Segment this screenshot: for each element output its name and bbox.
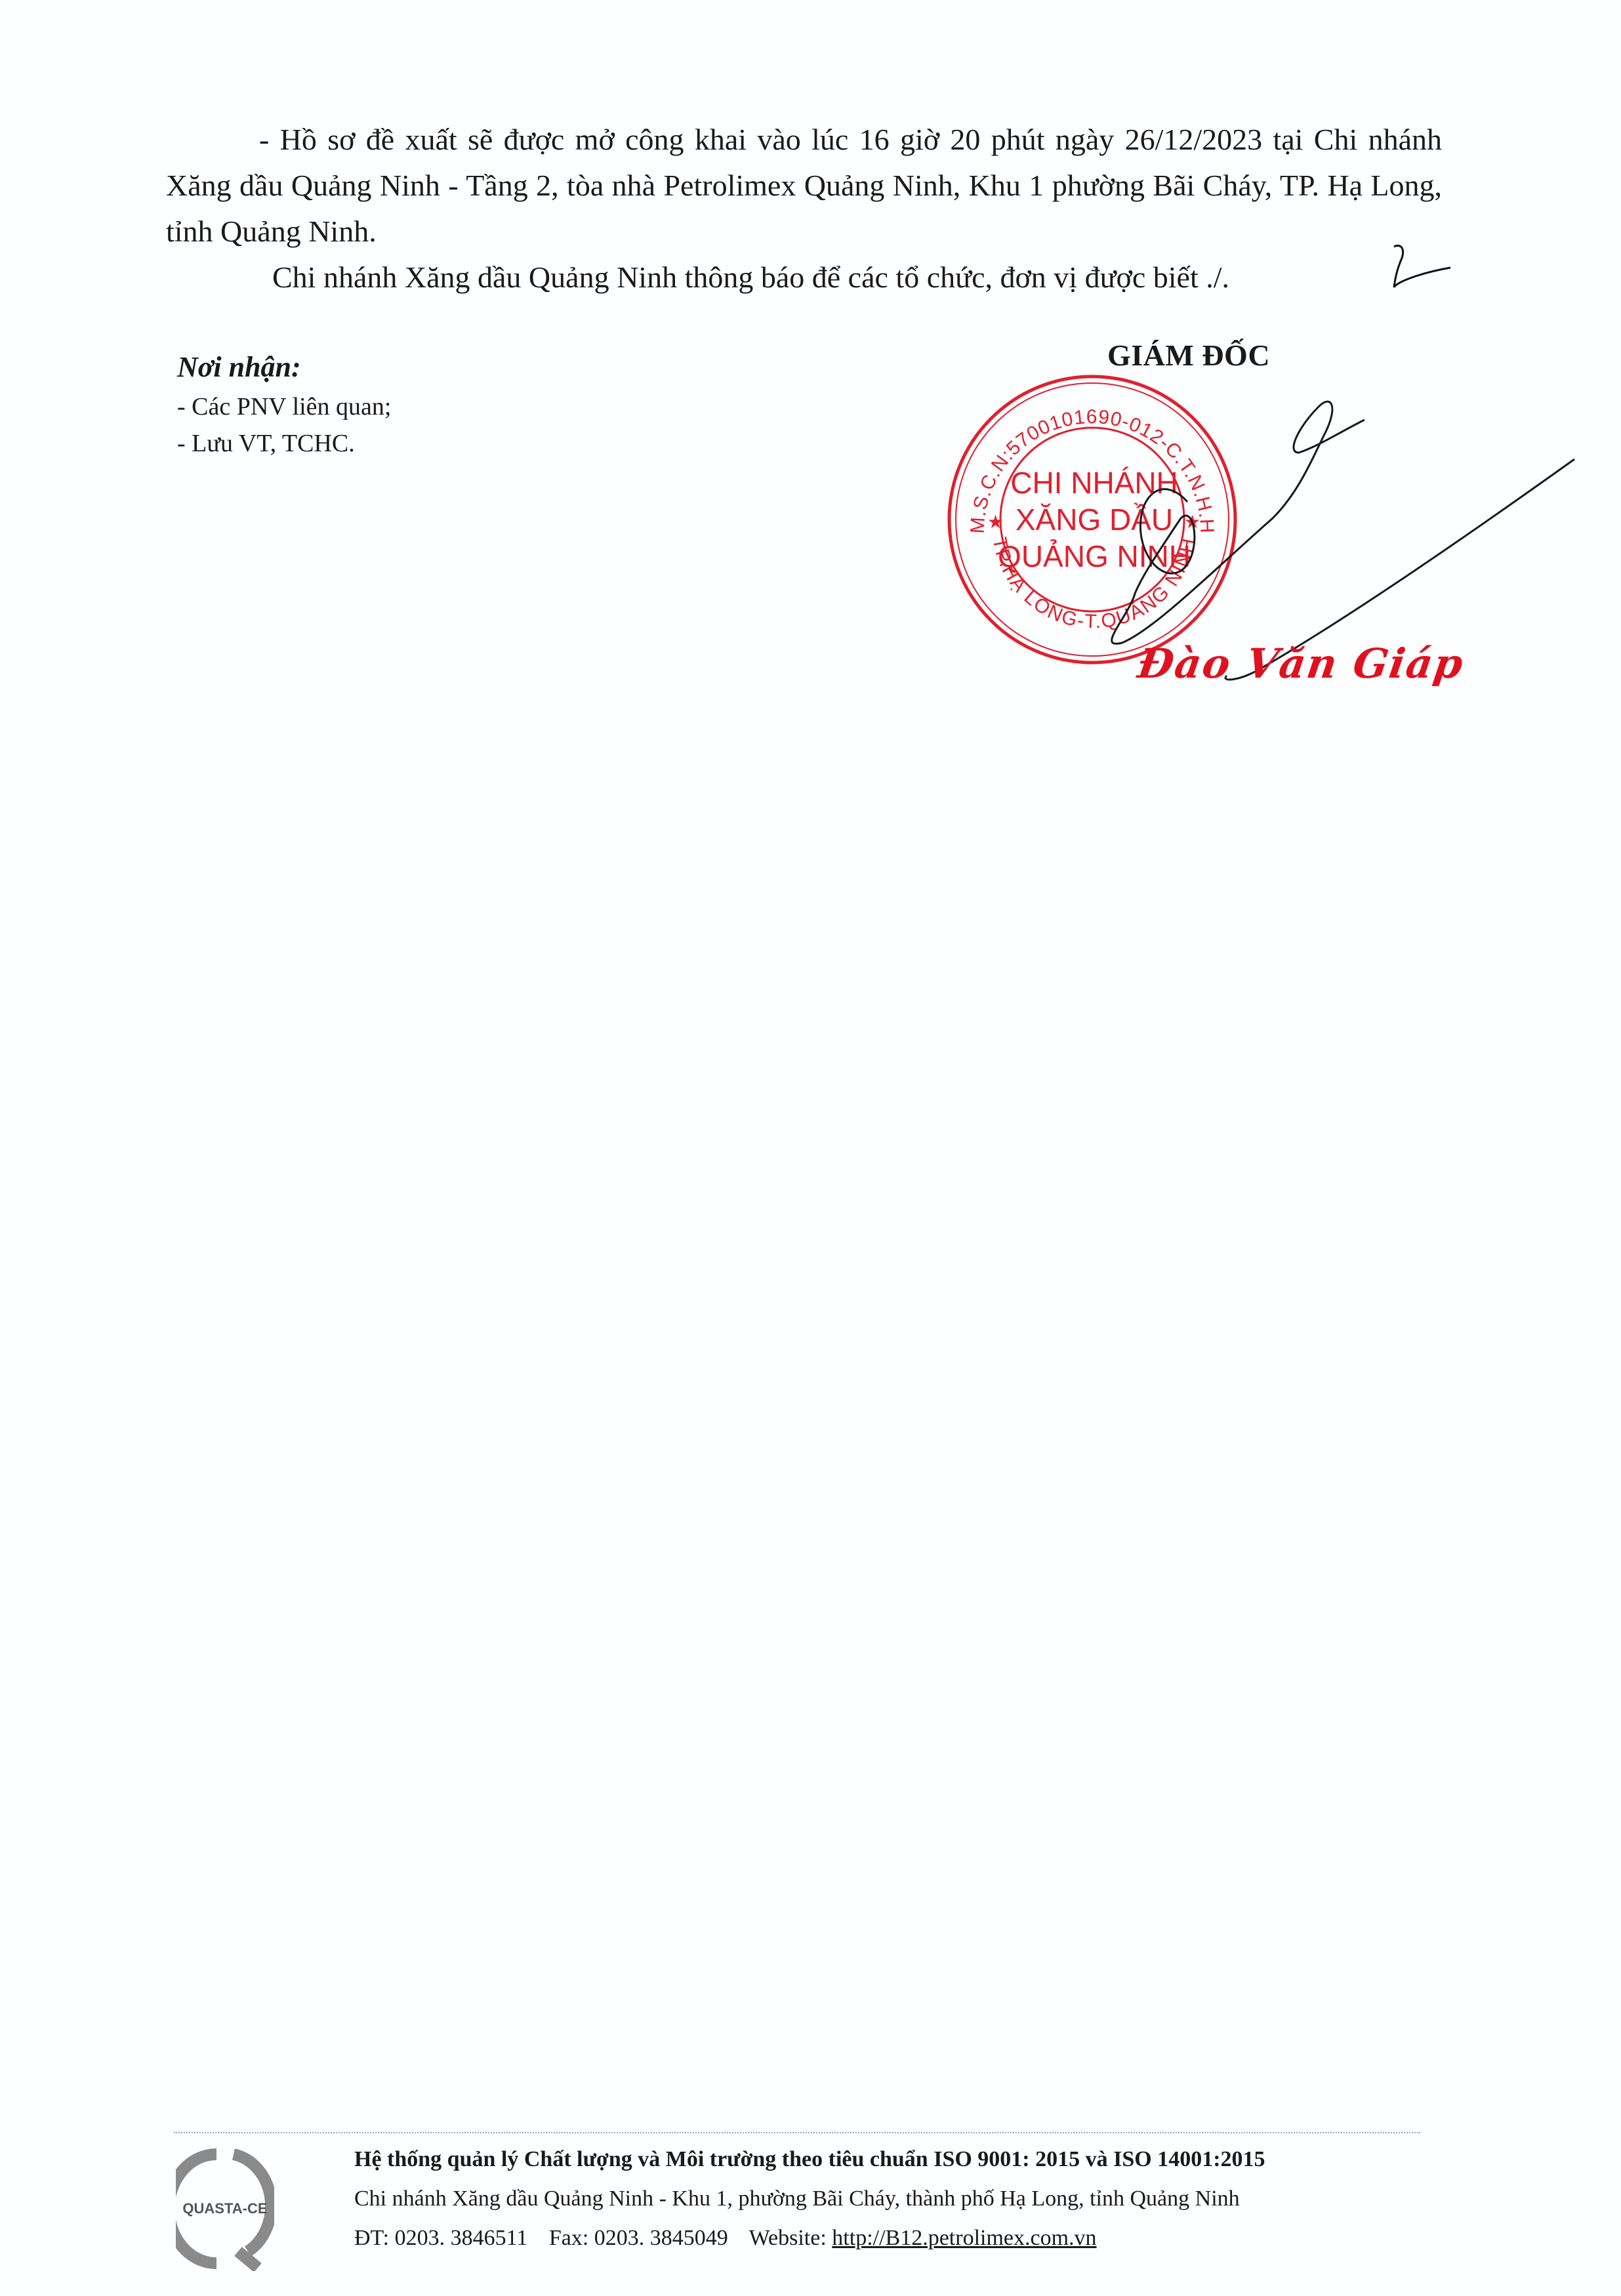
footer-contact: ĐT: 0203. 3846511 Fax: 0203. 3845049 Web… xyxy=(354,2219,1265,2258)
signer-name: Đào Văn Giáp xyxy=(1135,640,1467,687)
footer-website-label: Website: xyxy=(749,2226,827,2250)
recipient-item: - Các PNV liên quan; xyxy=(177,388,391,425)
footer-website-link[interactable]: http://B12.petrolimex.com.vn xyxy=(832,2226,1096,2250)
stamp-star-icon: ★ xyxy=(987,512,1004,533)
recipients-block: Nơi nhận: - Các PNV liên quan; - Lưu VT,… xyxy=(177,348,391,462)
footer-iso-statement: Hệ thống quản lý Chất lượng và Môi trườn… xyxy=(354,2140,1265,2179)
recipient-item: - Lưu VT, TCHC. xyxy=(177,425,391,462)
footer-phone: ĐT: 0203. 3846511 xyxy=(354,2226,527,2250)
document-page: - Hồ sơ đề xuất sẽ được mở công khai vào… xyxy=(0,0,1621,2296)
opening-paragraph: - Hồ sơ đề xuất sẽ được mở công khai vào… xyxy=(166,117,1442,255)
svg-text:QUASTA-CE: QUASTA-CE xyxy=(182,2200,267,2217)
quasta-ce-logo-icon: QUASTA-CE xyxy=(176,2146,274,2271)
footer-address: Chi nhánh Xăng dầu Quảng Ninh - Khu 1, p… xyxy=(354,2179,1265,2219)
footer-divider xyxy=(174,2132,1420,2133)
body-text: - Hồ sơ đề xuất sẽ được mở công khai vào… xyxy=(166,117,1442,300)
footer-fax: Fax: 0203. 3845049 xyxy=(549,2226,728,2250)
footer: Hệ thống quản lý Chất lượng và Môi trườn… xyxy=(354,2140,1265,2258)
initial-mark-icon xyxy=(1368,241,1453,300)
recipients-title: Nơi nhận: xyxy=(177,348,391,387)
notice-paragraph: Chi nhánh Xăng dầu Quảng Ninh thông báo … xyxy=(166,255,1442,300)
